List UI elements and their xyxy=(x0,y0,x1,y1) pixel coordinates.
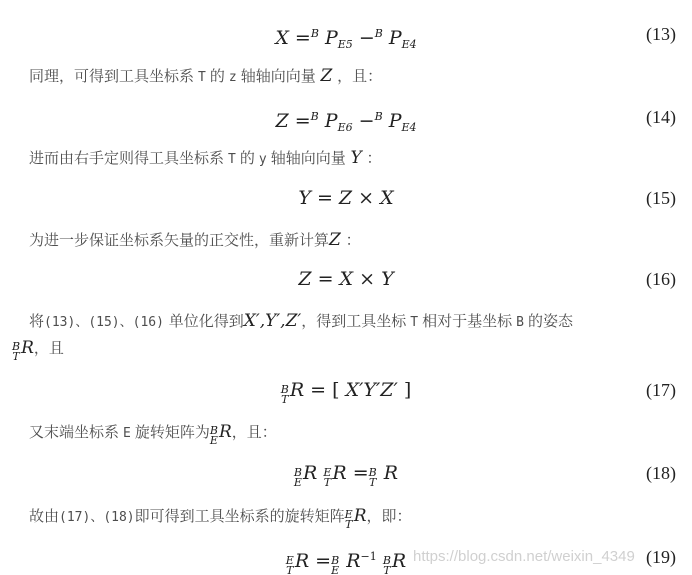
equation-17-expr: BTR = [ X′Y′Z′ ] xyxy=(0,373,692,407)
equation-number: (19) xyxy=(646,540,676,574)
equation-number: (15) xyxy=(646,181,676,215)
equation-16-expr: Z = X × Y xyxy=(0,262,692,296)
equation-14-expr: Z =B PE6 −B PE4 xyxy=(0,100,692,145)
paragraph-y-axis: 进而由右手定则得工具坐标系T的y轴轴向向量 Y ： xyxy=(29,147,382,171)
equation-number: (16) xyxy=(646,262,676,296)
equation-17: BTR = [ X′Y′Z′ ] (17) xyxy=(0,373,692,407)
paragraph-end-frame: 又末端坐标系E旋转矩阵为BER，且： xyxy=(29,421,277,446)
paragraph-recompute-z: 为进一步保证坐标系矢量的正交性，重新计算Z ： xyxy=(29,229,361,251)
equation-15: Y = Z × X (15) xyxy=(0,181,692,215)
paragraph-normalize-line2: BTR，且 xyxy=(12,337,64,362)
equation-15-expr: Y = Z × X xyxy=(0,181,692,215)
paragraph-conclusion: 故由(17)、(18)即可得到工具坐标系的旋转矩阵ETR，即： xyxy=(29,505,412,530)
equation-14: Z =B PE6 −B PE4 (14) xyxy=(0,100,692,134)
watermark: https://blog.csdn.net/weixin_4349 xyxy=(413,548,635,565)
paragraph-normalize: 将(13)、(15)、(16) 单位化得到X′,Y′,Z′，得到工具坐标T相对于… xyxy=(29,310,573,334)
equation-number: (13) xyxy=(646,17,676,51)
equation-number: (17) xyxy=(646,373,676,407)
equation-13: X =B PE5 −B PE4 (13) xyxy=(0,17,692,51)
equation-16: Z = X × Y (16) xyxy=(0,262,692,296)
equation-13-expr: X =B PE5 −B PE4 xyxy=(0,17,692,62)
equation-number: (14) xyxy=(646,100,676,134)
equation-18: BER ETR =BT R (18) xyxy=(0,456,692,490)
equation-number: (18) xyxy=(646,456,676,490)
paragraph-z-axis: 同理，可得到工具坐标系T的z轴轴向向量 Z ，且： xyxy=(29,65,382,89)
equation-18-expr: BER ETR =BT R xyxy=(0,456,692,490)
